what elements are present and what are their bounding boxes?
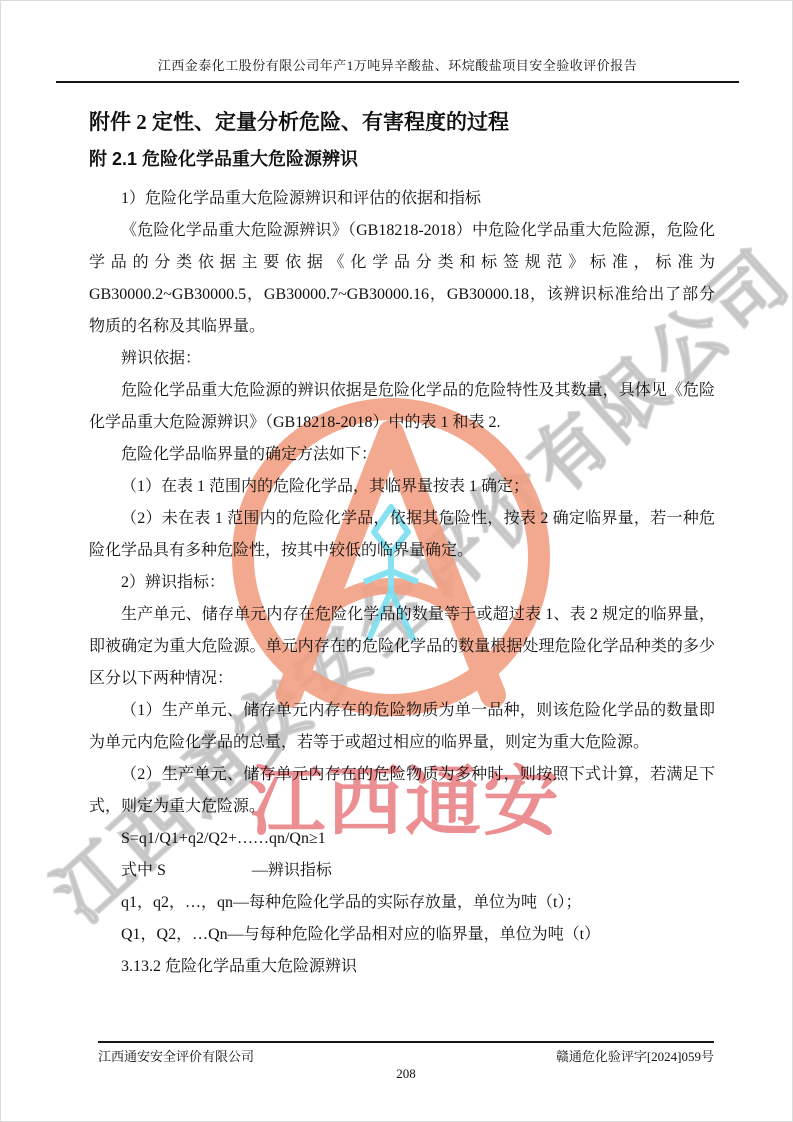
paragraph: 辨识依据：: [89, 343, 715, 375]
footer-company: 江西通安安全评价有限公司: [98, 1046, 254, 1065]
paragraph: 1）危险化学品重大危险源辨识和评估的依据和指标: [89, 183, 715, 215]
page-number: 208: [98, 1066, 714, 1082]
paragraph: （2）生产单元、储存单元内存在的危险物质为多种时，则按照下式计算，若满足下式，则…: [89, 759, 715, 823]
report-header: 江西金泰化工股份有限公司年产1万吨异辛酸盐、环烷酸盐项目安全验收评价报告: [56, 55, 739, 83]
paragraph: 2）辨识指标：: [89, 567, 715, 599]
paragraph: 《危险化学品重大危险源辨识》（GB18218-2018）中危险化学品重大危险源，…: [89, 215, 715, 343]
subsection-heading: 3.13.2 危险化学品重大危险源辨识: [89, 951, 715, 983]
paragraph: 危险化学品临界量的确定方法如下：: [89, 439, 715, 471]
paragraph: 危险化学品重大危险源的辨识依据是危险化学品的危险特性及其数量，具体见《危险化学品…: [89, 375, 715, 439]
page-footer: 江西通安安全评价有限公司 赣通危化验评字[2024]059号 208: [98, 1041, 714, 1082]
formula-line: S=q1/Q1+q2/Q2+……qn/Qn≥1: [89, 823, 715, 855]
main-content: 附件 2 定性、定量分析危险、有害程度的过程 附 2.1 危险化学品重大危险源辨…: [89, 107, 715, 983]
paragraph: 生产单元、储存单元内存在危险化学品的数量等于或超过表 1、表 2 规定的临界量，…: [89, 599, 715, 695]
formula-legend-label: 式中 S: [121, 862, 166, 879]
paragraph: （2）未在表 1 范围内的危险化学品，依据其危险性，按表 2 确定临界量，若一种…: [89, 503, 715, 567]
footer-row: 江西通安安全评价有限公司 赣通危化验评字[2024]059号: [98, 1043, 714, 1065]
formula-legend-desc: —辨识指标: [252, 862, 332, 879]
body-paragraphs: 1）危险化学品重大危险源辨识和评估的依据和指标 《危险化学品重大危险源辨识》（G…: [89, 183, 715, 983]
paragraph: （1）生产单元、储存单元内存在的危险物质为单一品种，则该危险化学品的数量即为单元…: [89, 695, 715, 759]
paragraph: （1）在表 1 范围内的危险化学品，其临界量按表 1 确定；: [89, 471, 715, 503]
definition-line: q1，q2，…，qn—每种危险化学品的实际存放量，单位为吨（t）；: [89, 887, 715, 919]
footer-doc-number: 赣通危化验评字[2024]059号: [556, 1046, 714, 1065]
attachment-title: 附件 2 定性、定量分析危险、有害程度的过程: [89, 107, 715, 137]
document-page: 江西通安安全评价有限公司 江西金泰化工股份有限公司年产1万吨异辛酸盐、环烷酸盐项…: [0, 0, 793, 1122]
formula-legend: 式中 S—辨识指标: [89, 855, 715, 887]
section-heading: 附 2.1 危险化学品重大危险源辨识: [89, 145, 715, 173]
definition-line: Q1，Q2，…Qn—与每种危险化学品相对应的临界量，单位为吨（t）: [89, 919, 715, 951]
